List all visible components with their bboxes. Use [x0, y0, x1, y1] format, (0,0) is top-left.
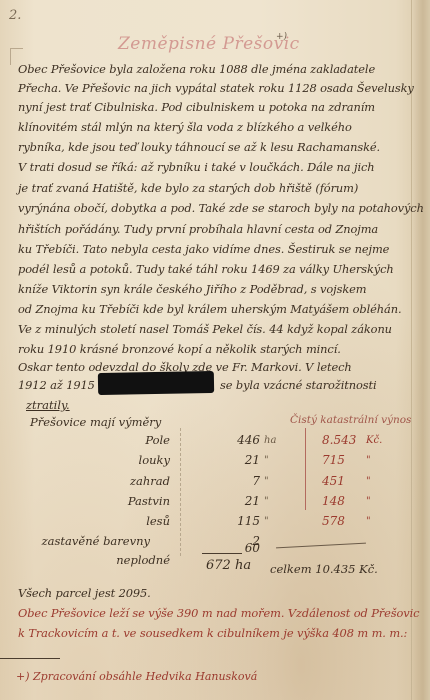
text-line: se byla vzácné starožitnosti	[220, 378, 377, 392]
yield-column-header: Čistý katastrální výnos	[290, 414, 411, 426]
row-yield-unit: "	[366, 455, 371, 466]
row-yield: 451	[322, 474, 345, 488]
text-line: ku Třebíči. Tato nebyla cesta jako vidím…	[18, 242, 389, 256]
text-line: nyní jest trať Cibulniska. Pod cibulnisk…	[18, 100, 375, 114]
row-area: 446	[220, 433, 260, 447]
row-yield-unit: Kč.	[366, 435, 382, 446]
text-line: klínovitém stál mlýn na který šla voda z…	[18, 120, 352, 134]
text-line: Všech parcel jest 2095.	[18, 586, 151, 600]
row-area-unit: "	[264, 516, 269, 527]
text-line: V trati dosud se říká: až rybníku i také…	[18, 160, 375, 174]
row-yield: 578	[322, 514, 345, 528]
row-label: zahrad	[20, 474, 170, 488]
text-line: Obec Přešovice leží se výše 390 m nad mo…	[18, 606, 419, 620]
column-divider	[180, 428, 181, 556]
text-line: od Znojma ku Třebíči kde byl králem uher…	[18, 302, 401, 316]
row-label: lesů	[20, 514, 170, 528]
row-yield-unit: "	[366, 516, 371, 527]
footnote-rule	[0, 658, 60, 659]
text-line: kníže Viktorin syn krále českého Jiřího …	[18, 282, 366, 296]
text-line: podél lesů a potoků. Tudy také táhl roku…	[18, 262, 394, 276]
text-line: roku 1910 krásné bronzové kopí a několik…	[18, 342, 341, 356]
page-edge	[411, 0, 430, 700]
page-number: 2.	[9, 8, 21, 23]
row-yield-unit: "	[366, 496, 371, 507]
total-area: 672 ha	[206, 558, 251, 573]
page-title: Zeměpisné Přešovic	[118, 34, 300, 54]
row-area-unit: ha	[264, 435, 276, 446]
text-line: Obec Přešovice byla založena roku 1088 d…	[18, 62, 375, 76]
row-area-unit: "	[264, 496, 269, 507]
text-line: Přecha. Ve Přešovic na jich vypátal stat…	[18, 81, 414, 95]
text-line: 1912 až 1915	[18, 378, 95, 392]
row-area: 21	[220, 494, 260, 508]
row-area: 115	[220, 514, 260, 528]
row-yield: 148	[322, 494, 345, 508]
row-area-unit: "	[264, 455, 269, 466]
total-yield: celkem 10.435 Kč.	[270, 562, 378, 576]
row-area-unit: "	[264, 476, 269, 487]
row-area: 21	[220, 453, 260, 467]
redaction-bar	[98, 371, 214, 395]
row-yield-unit: "	[366, 476, 371, 487]
row-area: 7	[220, 474, 260, 488]
column-divider-red	[305, 428, 306, 510]
table-intro: Přešovice mají výměry	[30, 415, 161, 429]
row-yield: 8.543	[322, 433, 356, 447]
row-label: Pole	[20, 433, 170, 447]
text-line: vyrýnána obočí, dobytka a pod. Také zde …	[18, 201, 424, 215]
footnote-marker: +)	[276, 32, 287, 42]
row-label: Pastvin	[20, 494, 170, 508]
sum-rule	[276, 543, 366, 549]
row-yield: 715	[322, 453, 345, 467]
text-line: Ve z minulých století nasel Tomáš Pekel …	[18, 322, 392, 336]
text-line: k Trackovicím a t. ve sousedkem k cibuln…	[18, 626, 407, 640]
text-line: hřištích pořádány. Tudy první probíhala …	[18, 222, 378, 236]
footnote: +) Zpracování obsáhle Hedvika Hanusková	[16, 670, 257, 683]
row-label: zastavěné barevny	[0, 534, 150, 548]
row-label: louky	[20, 453, 170, 467]
manuscript-page: 2. Zeměpisné Přešovic +) Obec Přešovice …	[0, 0, 430, 700]
sum-rule	[202, 553, 242, 554]
statistics-heading: ztratily.	[26, 398, 70, 412]
text-line: rybníka, kde jsou teď louky táhnoucí se …	[18, 140, 380, 154]
text-line: je trať zvaná Hatiště, kde bylo za starý…	[18, 181, 358, 195]
row-label: neplodné	[20, 553, 170, 567]
